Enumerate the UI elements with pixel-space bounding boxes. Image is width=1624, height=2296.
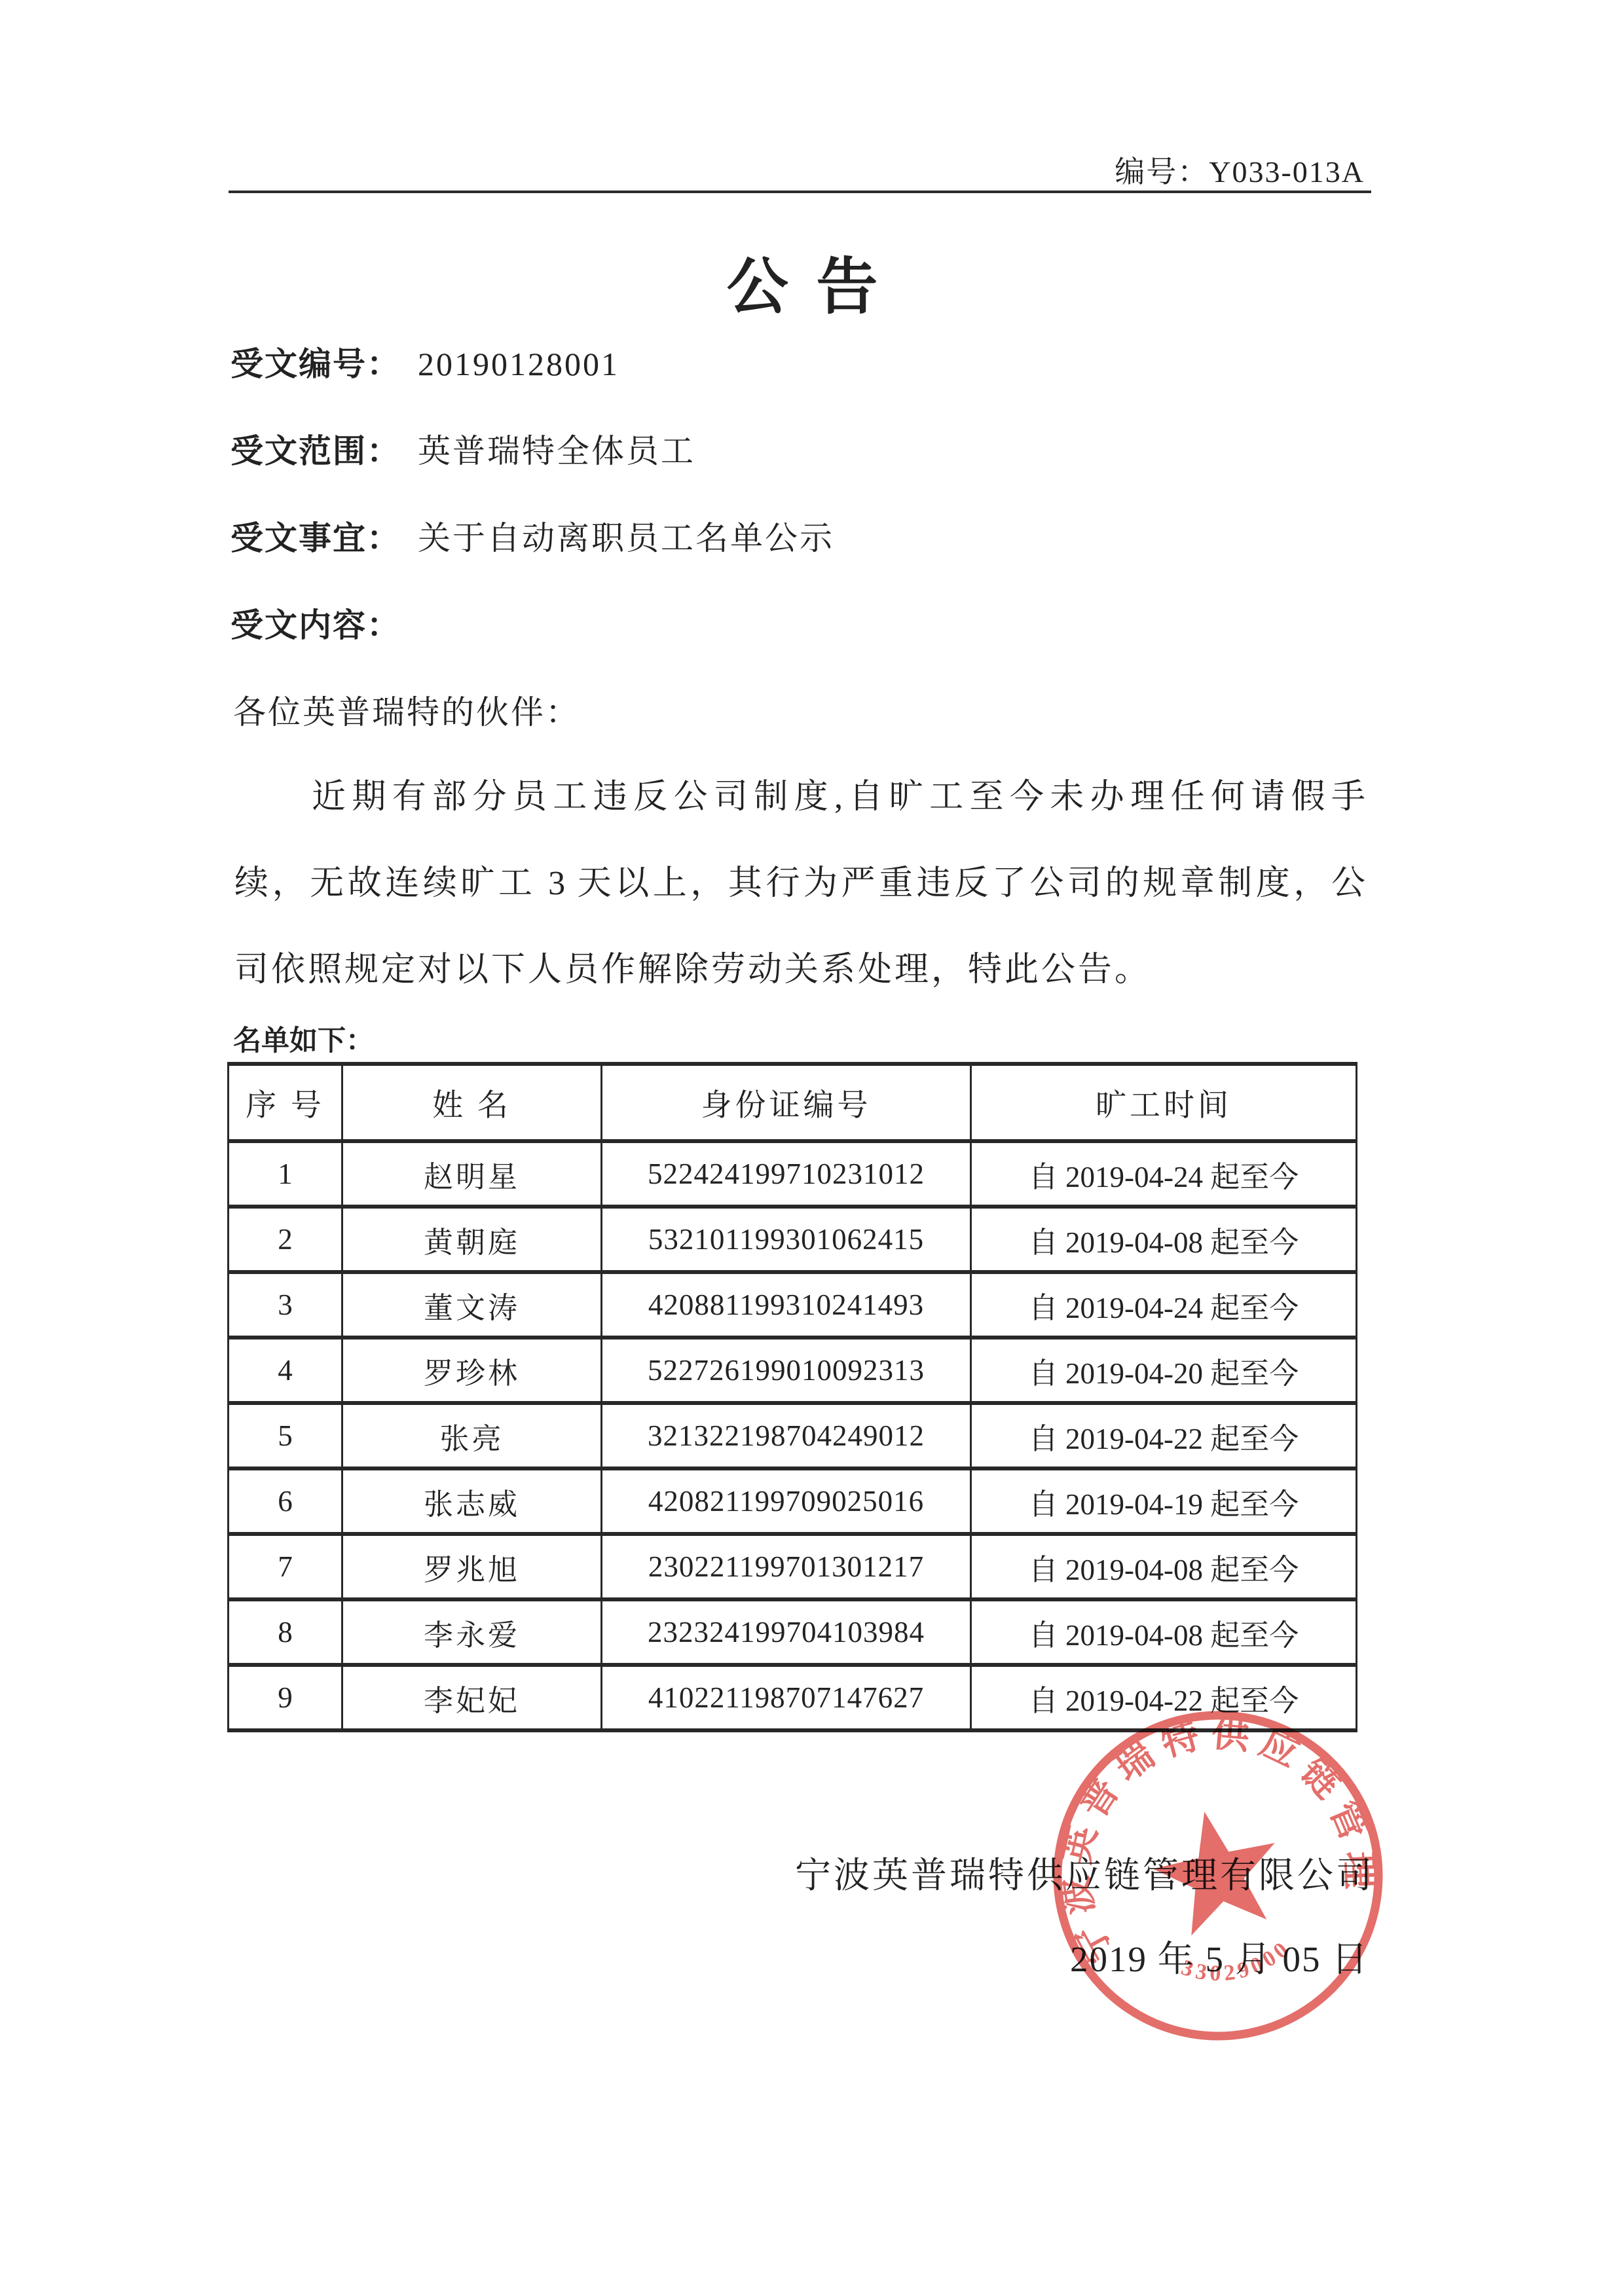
table-row: 4 罗珍林 522726199010092313 自 2019-04-20 起至… — [229, 1338, 1357, 1403]
cell-id-number: 522424199710231012 — [602, 1141, 971, 1207]
cell-index: 5 — [229, 1403, 342, 1468]
announcement-document: 编号：Y033-013A 公 告 受文编号：20190128001 受文范围：英… — [0, 0, 1624, 2296]
cell-index: 7 — [229, 1534, 342, 1599]
cell-name: 罗兆旭 — [342, 1534, 602, 1599]
field-label: 受文编号： — [231, 346, 401, 382]
cell-id-number: 522726199010092313 — [602, 1338, 971, 1403]
page-title: 公 告 — [0, 237, 1607, 325]
field-received-scope: 受文范围：英普瑞特全体员工 — [231, 425, 695, 472]
cell-absence-period: 自 2019-04-20 起至今 — [971, 1338, 1357, 1403]
cell-absence-period: 自 2019-04-22 起至今 — [971, 1403, 1357, 1468]
table-row: 1 赵明星 522424199710231012 自 2019-04-24 起至… — [229, 1141, 1357, 1207]
header-rule — [229, 191, 1371, 193]
cell-id-number: 321322198704249012 — [602, 1403, 971, 1468]
cell-absence-period: 自 2019-04-19 起至今 — [971, 1468, 1357, 1534]
cell-name: 罗珍林 — [342, 1338, 602, 1403]
cell-name: 李永爱 — [342, 1599, 602, 1665]
absentee-table: 序 号 姓 名 身份证编号 旷工时间 1 赵明星 522424199710231… — [227, 1062, 1357, 1732]
cell-index: 1 — [229, 1141, 342, 1207]
field-label: 受文事宜： — [231, 520, 401, 556]
table-row: 2 黄朝庭 532101199301062415 自 2019-04-08 起至… — [229, 1207, 1357, 1272]
doc-code: 编号：Y033-013A — [0, 148, 1365, 191]
cell-absence-period: 自 2019-04-08 起至今 — [971, 1534, 1357, 1599]
cell-index: 8 — [229, 1599, 342, 1665]
salutation: 各位英普瑞特的伙伴： — [233, 686, 580, 733]
field-value: 关于自动离职员工名单公示 — [418, 520, 834, 556]
table-row: 7 罗兆旭 230221199701301217 自 2019-04-08 起至… — [229, 1534, 1357, 1599]
cell-name: 李妃妃 — [342, 1665, 602, 1730]
cell-index: 6 — [229, 1468, 342, 1534]
body-line: 续，无故连续旷工 3 天以上，其行为严重违反了公司的规章制度，公 — [234, 855, 1365, 904]
cell-name: 张志威 — [342, 1468, 602, 1534]
table-row: 8 李永爱 232324199704103984 自 2019-04-08 起至… — [229, 1599, 1357, 1665]
cell-id-number: 532101199301062415 — [602, 1207, 971, 1272]
field-label: 受文内容： — [231, 607, 401, 644]
cell-absence-period: 自 2019-04-24 起至今 — [971, 1141, 1357, 1207]
seal-star-icon — [1143, 1798, 1290, 1940]
cell-id-number: 420821199709025016 — [602, 1468, 971, 1534]
cell-name: 董文涛 — [342, 1272, 602, 1338]
cell-absence-period: 自 2019-04-08 起至今 — [971, 1599, 1357, 1665]
company-seal-stamp: 宁波英普瑞特供应链管理有限公司 3302900008708 — [1035, 1692, 1401, 2059]
field-received-number: 受文编号：20190128001 — [231, 338, 619, 385]
cell-name: 黄朝庭 — [342, 1207, 602, 1272]
col-header-absence-period: 旷工时间 — [971, 1064, 1357, 1141]
table-row: 5 张亮 321322198704249012 自 2019-04-22 起至今 — [229, 1403, 1357, 1468]
field-label: 受文范围： — [231, 433, 401, 469]
cell-index: 9 — [229, 1665, 342, 1730]
table-row: 6 张志威 420821199709025016 自 2019-04-19 起至… — [229, 1468, 1357, 1534]
cell-index: 3 — [229, 1272, 342, 1338]
cell-id-number: 420881199310241493 — [602, 1272, 971, 1338]
body-line: 近期有部分员工违反公司制度,自旷工至今未办理任何请假手 — [234, 769, 1365, 818]
cell-id-number: 410221198707147627 — [602, 1665, 971, 1730]
field-value: 20190128001 — [418, 346, 619, 382]
col-header-name: 姓 名 — [342, 1064, 602, 1141]
cell-name: 赵明星 — [342, 1141, 602, 1207]
col-header-id-number: 身份证编号 — [602, 1064, 971, 1141]
field-received-subject: 受文事宜：关于自动离职员工名单公示 — [231, 512, 834, 559]
cell-index: 4 — [229, 1338, 342, 1403]
table-row: 3 董文涛 420881199310241493 自 2019-04-24 起至… — [229, 1272, 1357, 1338]
col-header-index: 序 号 — [229, 1064, 342, 1141]
table-header-row: 序 号 姓 名 身份证编号 旷工时间 — [229, 1064, 1357, 1141]
field-received-content: 受文内容： — [231, 599, 418, 646]
list-intro: 名单如下： — [233, 1019, 374, 1059]
cell-index: 2 — [229, 1207, 342, 1272]
cell-absence-period: 自 2019-04-24 起至今 — [971, 1272, 1357, 1338]
cell-absence-period: 自 2019-04-08 起至今 — [971, 1207, 1357, 1272]
cell-id-number: 230221199701301217 — [602, 1534, 971, 1599]
cell-id-number: 232324199704103984 — [602, 1599, 971, 1665]
body-line: 司依照规定对以下人员作解除劳动关系处理，特此公告。 — [234, 941, 1365, 991]
cell-name: 张亮 — [342, 1403, 602, 1468]
field-value: 英普瑞特全体员工 — [418, 433, 695, 469]
